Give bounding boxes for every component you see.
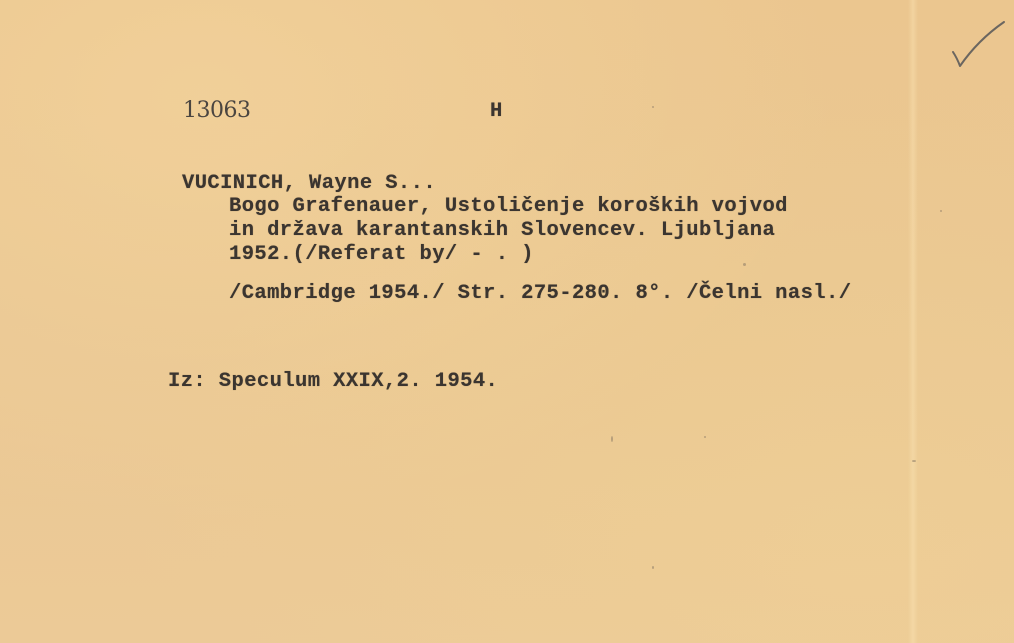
paper-fold	[908, 0, 918, 643]
source-line: Iz: Speculum XXIX,2. 1954.	[168, 372, 498, 393]
author-heading: VUCINICH, Wayne S...	[182, 174, 436, 195]
paper-speck	[912, 460, 916, 462]
accession-number: 13063	[183, 98, 251, 123]
paper-speck	[743, 263, 746, 266]
classification-letter: H	[490, 102, 503, 123]
check-mark-icon	[948, 18, 1008, 70]
title-line-1: Bogo Grafenauer, Ustoličenje koroških vo…	[229, 197, 788, 218]
paper-speck	[611, 436, 613, 442]
title-line-3: 1952.(/Referat by/ - . )	[229, 245, 534, 266]
imprint-line: /Cambridge 1954./ Str. 275-280. 8°. /Čel…	[229, 284, 851, 305]
title-line-2: in država karantanskih Slovencev. Ljublj…	[229, 221, 775, 242]
catalog-card: 13063 H VUCINICH, Wayne S... Bogo Grafen…	[0, 0, 1014, 643]
paper-speck	[652, 106, 654, 108]
paper-speck	[704, 436, 706, 438]
paper-speck	[652, 566, 654, 569]
paper-speck	[940, 210, 942, 212]
